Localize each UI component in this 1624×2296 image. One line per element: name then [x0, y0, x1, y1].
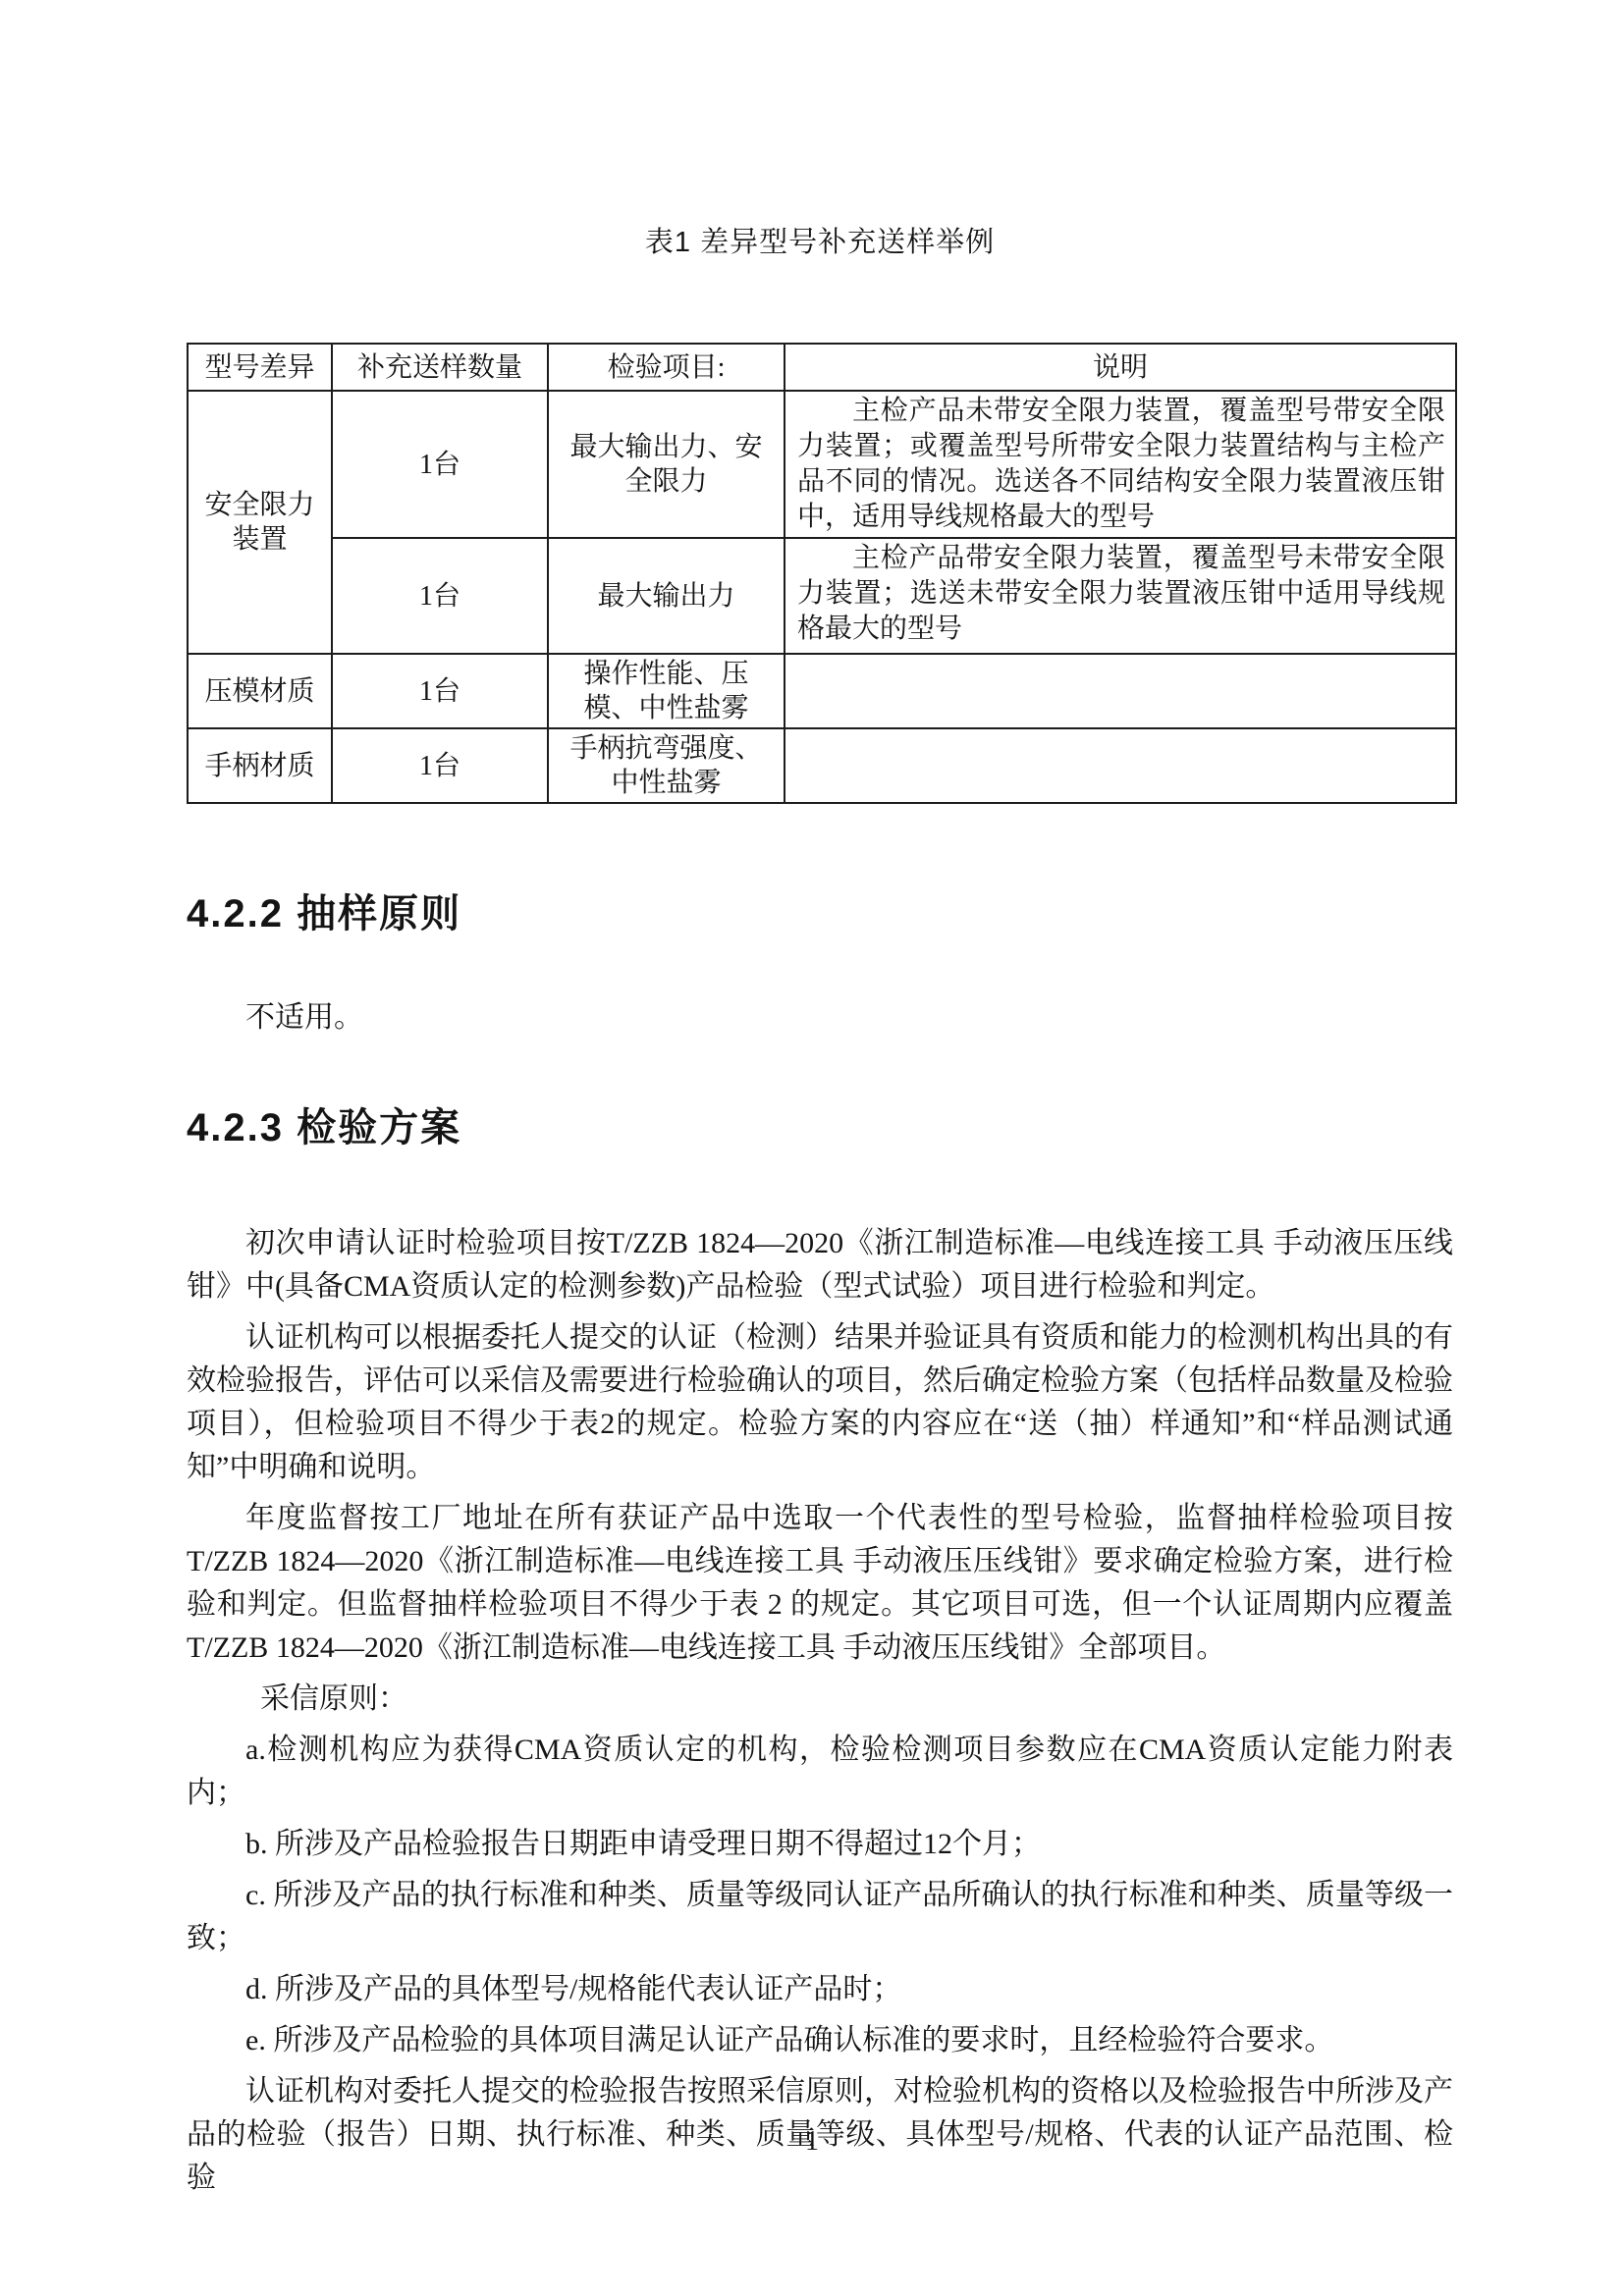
header-items: 检验项目: [548, 344, 785, 391]
header-qty: 补充送样数量 [332, 344, 548, 391]
table-row: 压模材质 1台 操作性能、压模、中性盐雾 [188, 654, 1456, 728]
cell-note: 主检产品未带安全限力装置，覆盖型号带安全限力装置；或覆盖型号所带安全限力装置结构… [785, 391, 1456, 538]
cell-qty: 1台 [332, 538, 548, 654]
header-note: 说明 [785, 344, 1456, 391]
section-heading-4-2-2: 4.2.2 抽样原则 [187, 888, 1453, 939]
cell-items: 最大输出力 [548, 538, 785, 654]
cell-note: 主检产品带安全限力装置，覆盖型号未带安全限力装置；选送未带安全限力装置液压钳中适… [785, 538, 1456, 654]
list-item-c: c. 所涉及产品的执行标准和种类、质量等级同认证产品所确认的执行标准和种类、质量… [187, 1874, 1453, 1960]
table-row: 1台 最大输出力 主检产品带安全限力装置，覆盖型号未带安全限力装置；选送未带安全… [188, 538, 1456, 654]
cell-qty: 1台 [332, 728, 548, 803]
page-content: 表1 差异型号补充送样举例 型号差异 补充送样数量 检验项目: 说明 安全限力装… [0, 220, 1624, 2200]
cell-qty: 1台 [332, 654, 548, 728]
table-caption: 表1 差异型号补充送样举例 [187, 220, 1453, 260]
cell-model-diff: 压模材质 [188, 654, 332, 728]
sample-supplement-table: 型号差异 补充送样数量 检验项目: 说明 安全限力装置 1台 最大输出力、安全限… [187, 343, 1457, 804]
caixin-principles-label: 采信原则： [187, 1678, 1453, 1721]
table-header-row: 型号差异 补充送样数量 检验项目: 说明 [188, 344, 1456, 391]
section-heading-4-2-3: 4.2.3 检验方案 [187, 1102, 1453, 1153]
table-row: 安全限力装置 1台 最大输出力、安全限力 主检产品未带安全限力装置，覆盖型号带安… [188, 391, 1456, 538]
cell-model-diff: 手柄材质 [188, 728, 332, 803]
table-row: 手柄材质 1台 手柄抗弯强度、中性盐雾 [188, 728, 1456, 803]
cell-items: 操作性能、压模、中性盐雾 [548, 654, 785, 728]
header-model-diff: 型号差异 [188, 344, 332, 391]
cell-note [785, 654, 1456, 728]
cell-items: 最大输出力、安全限力 [548, 391, 785, 538]
cell-items: 手柄抗弯强度、中性盐雾 [548, 728, 785, 803]
paragraph-certification-body: 认证机构可以根据委托人提交的认证（检测）结果并验证具有资质和能力的检测机构出具的… [187, 1316, 1453, 1489]
list-item-d: d. 所涉及产品的具体型号/规格能代表认证产品时； [187, 1968, 1453, 2011]
cell-model-diff: 安全限力装置 [188, 391, 332, 654]
document-page: 表1 差异型号补充送样举例 型号差异 补充送样数量 检验项目: 说明 安全限力装… [0, 0, 1624, 2296]
paragraph-initial-certification: 初次申请认证时检验项目按T/ZZB 1824—2020《浙江制造标准—电线连接工… [187, 1222, 1453, 1308]
list-item-a: a.检测机构应为获得CMA资质认定的机构，检验检测项目参数应在CMA资质认定能力… [187, 1729, 1453, 1815]
list-item-e: e. 所涉及产品检验的具体项目满足认证产品确认标准的要求时，且经检验符合要求。 [187, 2019, 1453, 2062]
cell-qty: 1台 [332, 391, 548, 538]
list-item-b: b. 所涉及产品检验报告日期距申请受理日期不得超过12个月； [187, 1823, 1453, 1866]
page-number: 1 [0, 2126, 1624, 2158]
paragraph-annual-supervision: 年度监督按工厂地址在所有获证产品中选取一个代表性的型号检验，监督抽样检验项目按T… [187, 1497, 1453, 1670]
paragraph-not-applicable: 不适用。 [187, 996, 1453, 1040]
cell-note [785, 728, 1456, 803]
